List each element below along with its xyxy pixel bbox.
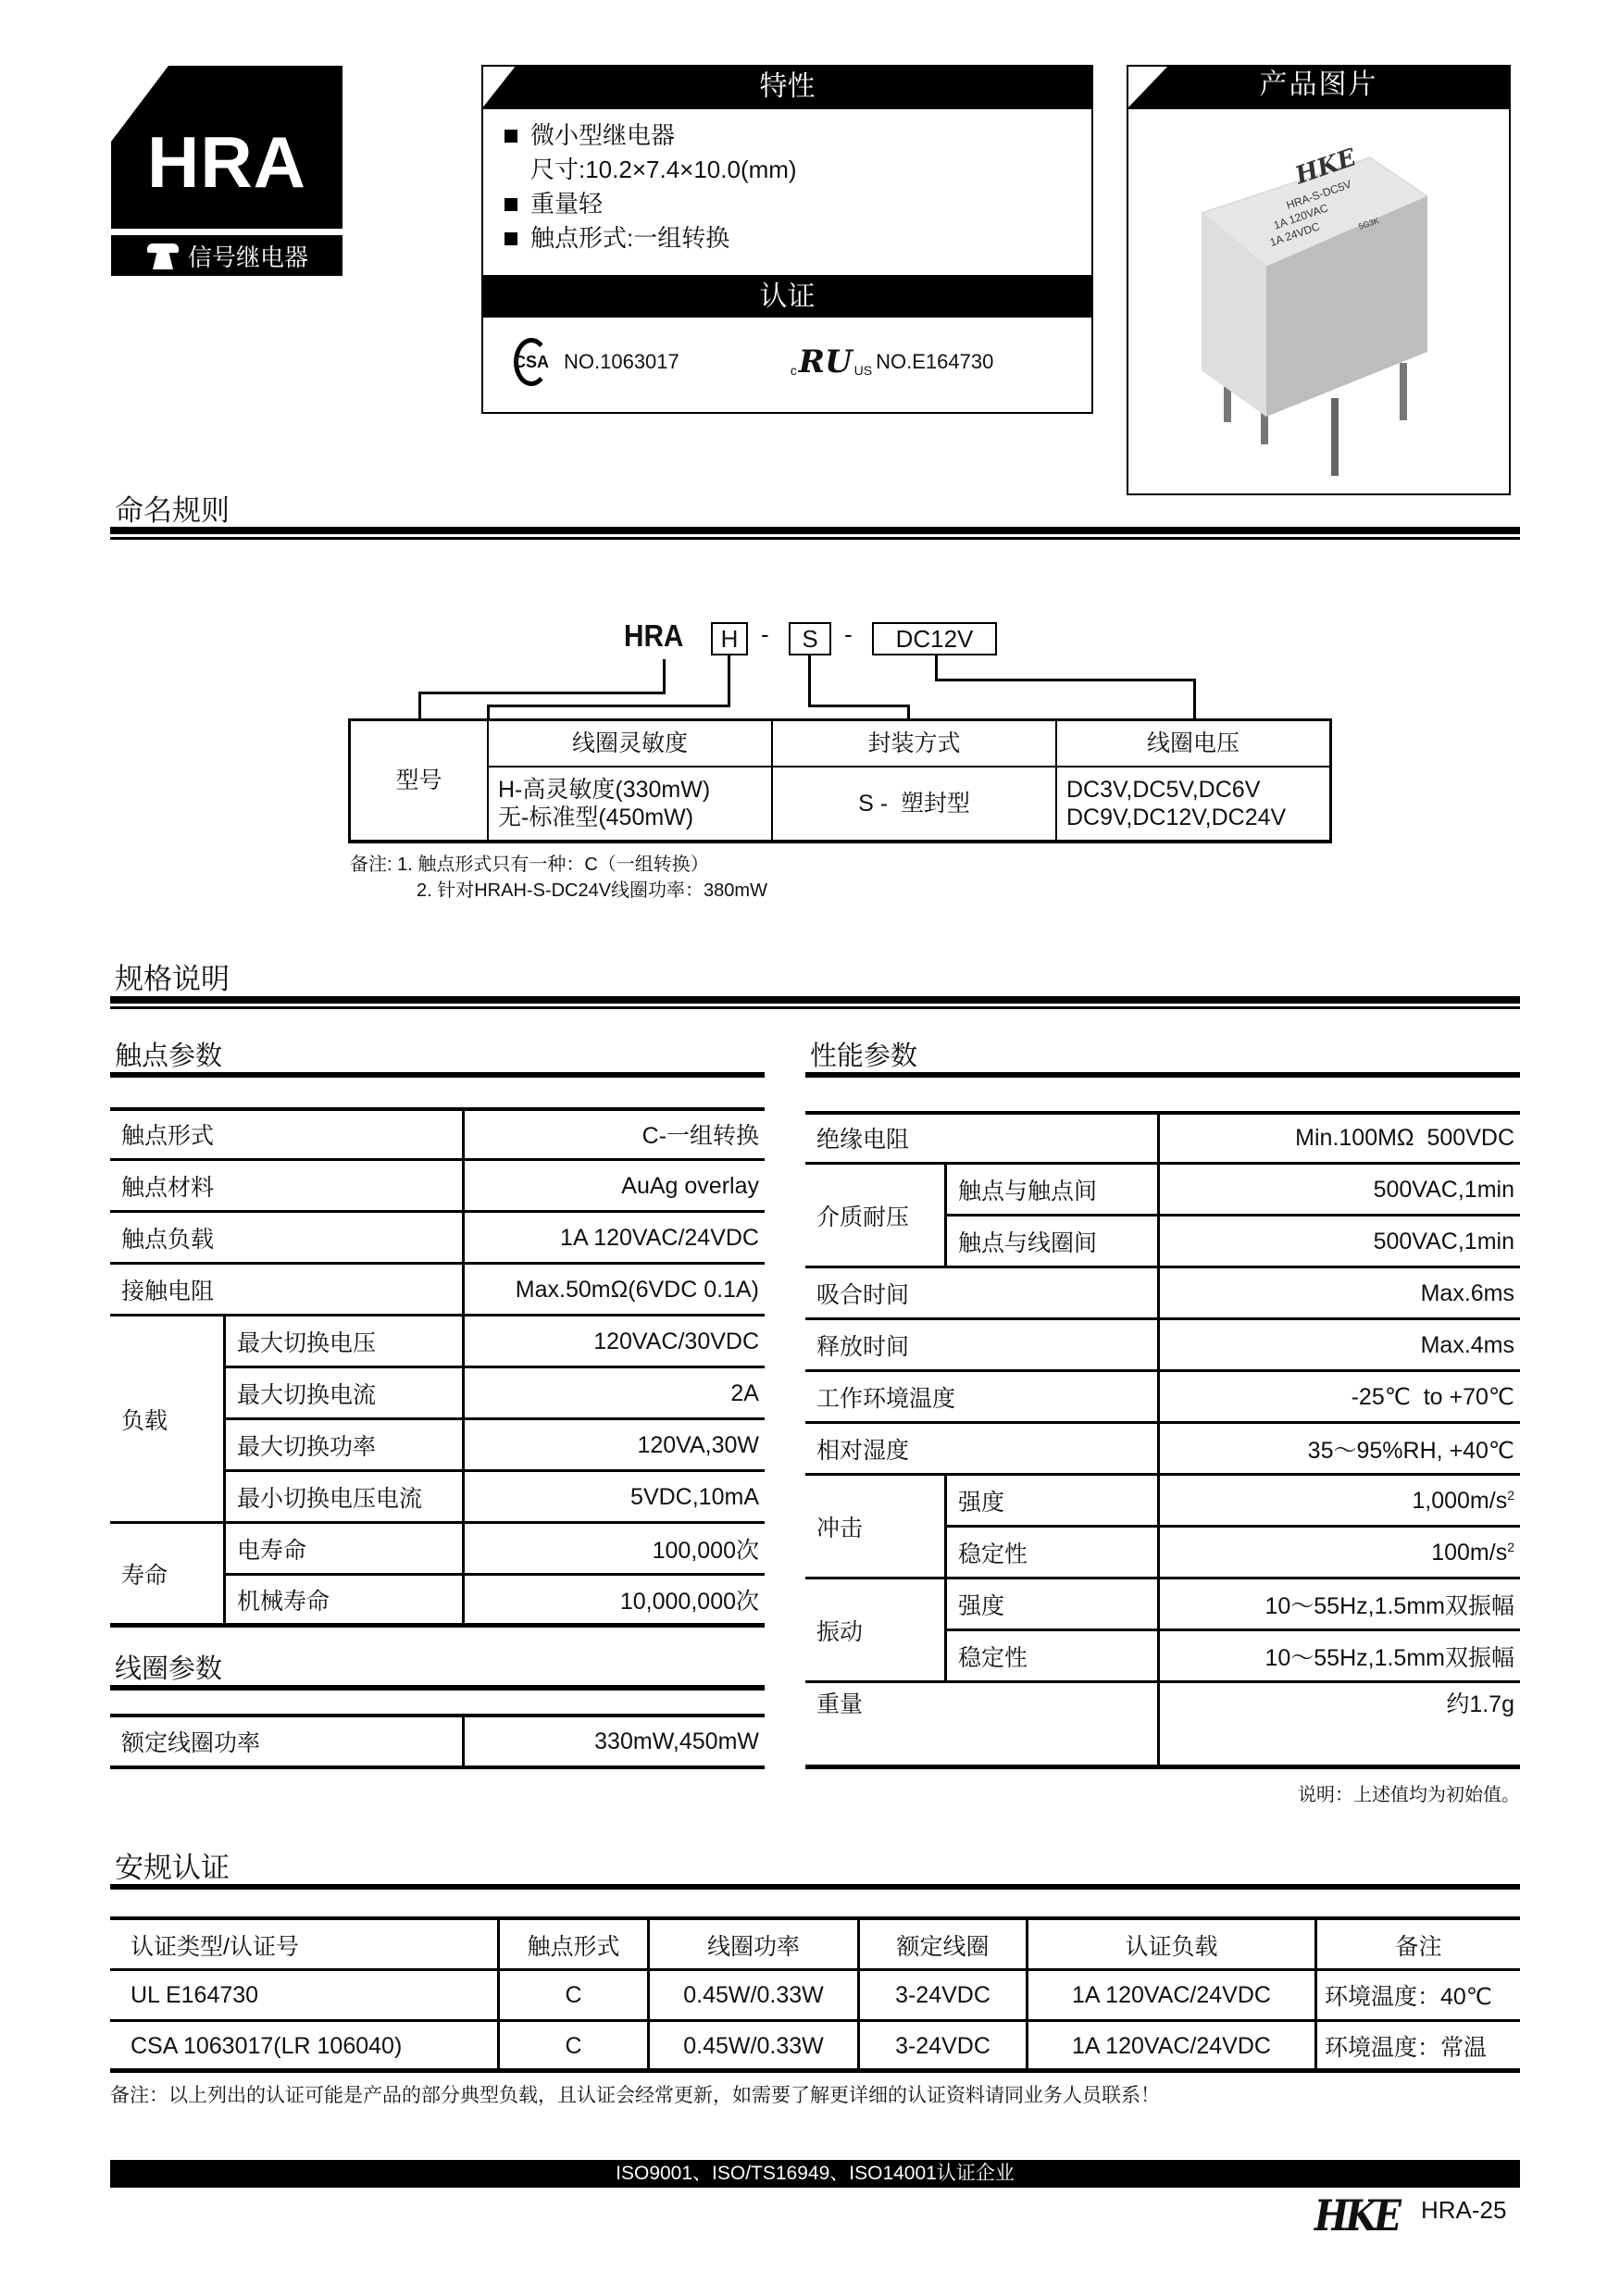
- cert-header-remark: 备注: [1317, 1920, 1520, 1970]
- contact-material-value: AuAg overlay: [465, 1161, 765, 1211]
- ul-number: NO.E164730: [876, 350, 993, 374]
- contact-params-table: 触点形式 C-一组转换 触点材料 AuAg overlay 触点负载 1A 12…: [110, 1107, 765, 1627]
- max-switch-current-value: 2A: [465, 1368, 765, 1418]
- cert-header-type: 认证类型/认证号: [110, 1920, 497, 1970]
- electrical-life-value: 100,000次: [465, 1524, 765, 1574]
- section-rule: [110, 1884, 1520, 1890]
- contact-material-label: 触点材料: [110, 1161, 462, 1211]
- cert-row-load: 1A 120VAC/24VDC: [1028, 2021, 1314, 2071]
- voltage-options: DC3V,DC5V,DC6V DC9V,DC12V,DC24V: [1057, 767, 1329, 840]
- cert-row-rated-coil: 3-24VDC: [860, 1970, 1026, 2020]
- max-switch-power-label: 最大切换功率: [226, 1420, 462, 1470]
- hke-brand-logo: HKE: [1314, 2190, 1399, 2240]
- operate-time-label: 吸合时间: [805, 1268, 1157, 1318]
- code-part-package: S: [789, 622, 831, 655]
- package-option: S - 塑封型: [773, 767, 1055, 840]
- package-header: 封装方式: [773, 721, 1055, 766]
- product-image-header: 产品图片: [1127, 65, 1511, 109]
- weight-row: 重量 约1.7g: [805, 1681, 1520, 1770]
- feature-item: 触点形式:一组转换: [505, 221, 797, 256]
- page-number: HRA-25: [1421, 2196, 1506, 2225]
- cert-header-coil-power: 线圈功率: [650, 1920, 857, 1970]
- shock-strength-value: 1,000m/s2: [1160, 1476, 1520, 1526]
- safety-note: 备注：以上列出的认证可能是产品的部分典型负载，且认证会经常更新，如需要了解更详细…: [110, 2083, 1160, 2109]
- subsection-rule: [110, 1072, 765, 1078]
- max-switch-power-value: 120VA,30W: [465, 1420, 765, 1470]
- features-title: 特性: [481, 65, 1093, 109]
- insulation-value: Min.100MΩ 500VDC: [1160, 1113, 1520, 1163]
- relay-product-image: HKE HRA-S-DC5V 1A 120VAC 1A 24VDC 5G3K: [1185, 148, 1463, 481]
- contact-load-label: 触点负载: [110, 1213, 462, 1263]
- cert-row-type: UL E164730: [110, 1970, 497, 2020]
- features-list: 微小型继电器 尺寸:10.2×7.4×10.0(mm) 重量轻 触点形式:一组转…: [505, 119, 797, 256]
- dielectric-coil-label: 触点与线圈间: [947, 1217, 1157, 1267]
- csa-logo-icon: CSA: [514, 338, 549, 386]
- safety-cert-table: 认证类型/认证号 触点形式 线圈功率 额定线圈 认证负载 备注 UL E1647…: [110, 1916, 1520, 2072]
- certification-header: 认证: [481, 275, 1093, 318]
- cert-header-contact: 触点形式: [500, 1920, 647, 1970]
- rated-coil-power-label: 额定线圈功率: [110, 1716, 462, 1766]
- humidity-label: 相对湿度: [805, 1424, 1157, 1474]
- mechanical-life-label: 机械寿命: [226, 1576, 462, 1624]
- category-label: 信号继电器: [188, 239, 308, 273]
- code-dash: -: [844, 620, 853, 649]
- contact-form-value: C-一组转换: [465, 1109, 765, 1159]
- dielectric-label: 介质耐压: [805, 1165, 944, 1267]
- bullet-icon: [505, 232, 517, 245]
- rated-coil-power-value: 330mW,450mW: [465, 1716, 765, 1766]
- specs-footnote: 说明：上述值均为初始值。: [1222, 1782, 1520, 1808]
- feature-item: 重量轻: [505, 187, 797, 221]
- cert-row-remark: 环境温度：常温: [1317, 2021, 1520, 2071]
- iso-footer-bar: ISO9001、ISO/TS16949、ISO14001认证企业: [110, 2160, 1520, 2188]
- vibration-strength-label: 强度: [947, 1579, 1157, 1629]
- contact-form-label: 触点形式: [110, 1109, 462, 1159]
- shock-strength-label: 强度: [947, 1476, 1157, 1526]
- telephone-icon: [145, 242, 181, 269]
- cert-header-rated-coil: 额定线圈: [860, 1920, 1026, 1970]
- ul-logo-icon: c RU US: [791, 346, 872, 378]
- category-badge: 信号继电器: [111, 235, 343, 276]
- load-group-label: 负载: [110, 1316, 223, 1522]
- cert-row-type: CSA 1063017(LR 106040): [110, 2021, 497, 2071]
- mechanical-life-value: 10,000,000次: [465, 1576, 765, 1624]
- vibration-stability-label: 稳定性: [947, 1631, 1157, 1681]
- section-rule: [110, 996, 1520, 1009]
- cert-header-load: 认证负载: [1028, 1920, 1314, 1970]
- weight-label: 重量: [805, 1681, 1157, 1724]
- cert-row-remark: 环境温度：40℃: [1317, 1970, 1520, 2020]
- feature-item: 微小型继电器: [505, 119, 797, 153]
- safety-section-title: 安规认证: [115, 1844, 230, 1886]
- contact-resistance-label: 接触电阻: [110, 1265, 462, 1315]
- cert-row-coil-power: 0.45W/0.33W: [650, 1970, 857, 2020]
- operate-time-value: Max.6ms: [1160, 1268, 1520, 1318]
- dielectric-contacts-value: 500VAC,1min: [1160, 1165, 1520, 1215]
- weight-value: 约1.7g: [1160, 1681, 1520, 1724]
- ambient-temp-value: -25℃ to +70℃: [1160, 1372, 1520, 1422]
- contact-params-title: 触点参数: [115, 1035, 222, 1073]
- features-header: 特性: [481, 65, 1093, 109]
- code-dash: -: [761, 620, 769, 649]
- bullet-icon: [505, 198, 517, 211]
- certification-marks: CSA NO.1063017 c RU US NO.E164730: [514, 338, 993, 386]
- electrical-life-label: 电寿命: [226, 1524, 462, 1574]
- max-switch-current-label: 最大切换电流: [226, 1368, 462, 1418]
- sensitivity-options: H-高灵敏度(330mW) 无-标准型(450mW): [489, 767, 771, 840]
- min-switch-label: 最小切换电压电流: [226, 1472, 462, 1522]
- vibration-stability-value: 10～55Hz,1.5mm双振幅: [1160, 1631, 1520, 1681]
- release-time-value: Max.4ms: [1160, 1320, 1520, 1370]
- code-base: HRA: [624, 618, 683, 654]
- ambient-temp-label: 工作环境温度: [805, 1372, 1157, 1422]
- vibration-label: 振动: [805, 1579, 944, 1681]
- certification-title: 认证: [481, 275, 1093, 319]
- code-part-voltage: DC12V: [872, 622, 997, 655]
- insulation-label: 绝缘电阻: [805, 1113, 1157, 1163]
- performance-params-title: 性能参数: [810, 1035, 917, 1073]
- model-label: 型号: [351, 721, 487, 840]
- contact-load-value: 1A 120VAC/24VDC: [465, 1213, 765, 1263]
- specs-section-title: 规格说明: [115, 955, 230, 997]
- coil-params-table: 额定线圈功率 330mW,450mW: [110, 1714, 765, 1769]
- csa-number: NO.1063017: [564, 350, 679, 374]
- coil-params-title: 线圈参数: [115, 1648, 222, 1686]
- cert-row-contact: C: [500, 1970, 647, 2020]
- voltage-header: 线圈电压: [1057, 721, 1329, 766]
- subsection-rule: [110, 1685, 765, 1691]
- performance-params-table: 绝缘电阻 Min.100MΩ 500VDC 介质耐压 触点与触点间 500VAC…: [805, 1111, 1520, 1676]
- release-time-label: 释放时间: [805, 1320, 1157, 1370]
- naming-table: 型号 线圈灵敏度 封装方式 线圈电压 H-高灵敏度(330mW) 无-标准型(4…: [348, 718, 1332, 843]
- vibration-strength-value: 10～55Hz,1.5mm双振幅: [1160, 1579, 1520, 1629]
- shock-stability-value: 100m/s2: [1160, 1528, 1520, 1578]
- cert-row-rated-coil: 3-24VDC: [860, 2021, 1026, 2071]
- cert-row-load: 1A 120VAC/24VDC: [1028, 1970, 1314, 2020]
- dielectric-contacts-label: 触点与触点间: [947, 1165, 1157, 1215]
- sensitivity-header: 线圈灵敏度: [489, 721, 771, 766]
- life-group-label: 寿命: [110, 1524, 223, 1624]
- feature-item: 尺寸:10.2×7.4×10.0(mm): [505, 153, 797, 187]
- cert-row-contact: C: [500, 2021, 647, 2071]
- dielectric-coil-value: 500VAC,1min: [1160, 1217, 1520, 1267]
- max-switch-voltage-label: 最大切换电压: [226, 1316, 462, 1366]
- naming-section-title: 命名规则: [115, 487, 230, 529]
- product-image-title: 产品图片: [1127, 65, 1511, 106]
- shock-label: 冲击: [805, 1476, 944, 1578]
- shock-stability-label: 稳定性: [947, 1528, 1157, 1578]
- min-switch-value: 5VDC,10mA: [465, 1472, 765, 1522]
- code-part-sensitivity: H: [711, 622, 748, 655]
- contact-resistance-value: Max.50mΩ(6VDC 0.1A): [465, 1265, 765, 1315]
- humidity-value: 35～95%RH, +40℃: [1160, 1424, 1520, 1474]
- naming-notes: 备注: 1. 触点形式只有一种：C（一组转换） 2. 针对HRAH-S-DC24…: [350, 852, 767, 904]
- cert-row-coil-power: 0.45W/0.33W: [650, 2021, 857, 2071]
- section-rule: [110, 527, 1520, 540]
- model-logo-text: HRA: [111, 120, 343, 204]
- bullet-icon: [505, 130, 517, 143]
- max-switch-voltage-value: 120VAC/30VDC: [465, 1316, 765, 1366]
- subsection-rule: [805, 1072, 1520, 1078]
